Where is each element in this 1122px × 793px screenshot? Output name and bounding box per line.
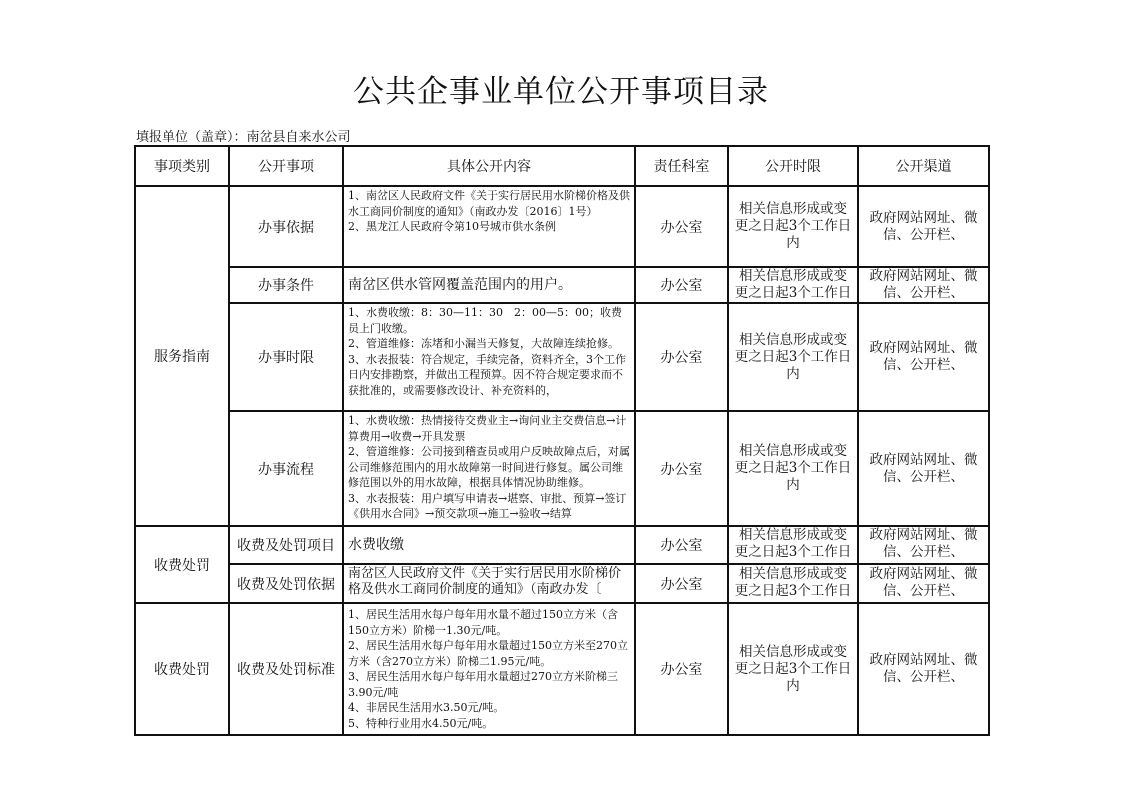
header-category: 事项类别	[135, 146, 229, 186]
channel-cell: 政府网站网址、微信、公开栏、	[858, 267, 989, 303]
header-content: 具体公开内容	[343, 146, 635, 186]
table-row: 办事条件 南岔区供水管网覆盖范围内的用户。 办公室 相关信息形成或变更之日起3个…	[135, 267, 989, 303]
item-cell: 办事时限	[229, 303, 343, 411]
content-cell: 南岔区人民政府文件《关于实行居民用水阶梯价格及供水工商同价制度的通知》（南政办发…	[343, 564, 635, 603]
item-cell: 办事依据	[229, 186, 343, 267]
content-line: 1、水费收缴：8：30—11：30 2：00—5：00；收费员上门收缴。	[348, 305, 630, 336]
content-line: 1、南岔区人民政府文件《关于实行居民用水阶梯价格及供水工商同价制度的通知》（南政…	[348, 188, 630, 219]
channel-text: 政府网站网址、微信、公开栏、	[863, 566, 984, 601]
item-cell: 收费及处罚依据	[229, 564, 343, 603]
item-cell: 办事流程	[229, 411, 343, 526]
time-limit-cell: 相关信息形成或变更之日起3个工作日	[728, 564, 858, 603]
department-cell: 办公室	[635, 411, 728, 526]
time-limit-cell: 相关信息形成或变更之日起3个工作日	[728, 526, 858, 564]
department-cell: 办公室	[635, 564, 728, 603]
channel-cell: 政府网站网址、微信、公开栏、	[858, 564, 989, 603]
content-line: 2、管道维修：公司接到稽查员或用户反映故障点后，对属公司维修范围内的用水故障第一…	[348, 444, 630, 491]
channel-cell: 政府网站网址、微信、公开栏、	[858, 603, 989, 735]
channel-cell: 政府网站网址、微信、公开栏、	[858, 303, 989, 411]
table-row: 收费及处罚依据 南岔区人民政府文件《关于实行居民用水阶梯价格及供水工商同价制度的…	[135, 564, 989, 603]
time-limit-cell: 相关信息形成或变更之日起3个工作日内	[728, 603, 858, 735]
content-cell: 1、南岔区人民政府文件《关于实行居民用水阶梯价格及供水工商同价制度的通知》（南政…	[343, 186, 635, 267]
channel-text: 政府网站网址、微信、公开栏、	[863, 527, 984, 563]
time-limit-text: 相关信息形成或变更之日起3个工作日	[733, 527, 853, 563]
header-channel: 公开渠道	[858, 146, 989, 186]
content-line: 2、居民生活用水每户每年用水量超过150立方米至270立方米（含270立方米）阶…	[348, 638, 630, 669]
time-limit-cell: 相关信息形成或变更之日起3个工作日内	[728, 303, 858, 411]
table-row: 收费处罚 收费及处罚标准 1、居民生活用水每户每年用水量不超过150立方米（含1…	[135, 603, 989, 735]
content-line: 2、管道维修：冻堵和小漏当天修复，大故障连续抢修。	[348, 336, 630, 352]
channel-text: 政府网站网址、微信、公开栏、	[863, 268, 984, 302]
content-cell: 1、水费收缴：8：30—11：30 2：00—5：00；收费员上门收缴。 2、管…	[343, 303, 635, 411]
content-line: 2、黑龙江人民政府令第10号城市供水条例	[348, 219, 630, 235]
channel-cell: 政府网站网址、微信、公开栏、	[858, 186, 989, 267]
department-cell: 办公室	[635, 267, 728, 303]
content-cell: 水费收缴	[343, 526, 635, 564]
header-item: 公开事项	[229, 146, 343, 186]
content-line: 水费收缴	[348, 536, 630, 554]
content-line: 南岔区人民政府文件《关于实行居民用水阶梯价格及供水工商同价制度的通知》（南政办发…	[348, 566, 630, 598]
department-cell: 办公室	[635, 526, 728, 564]
table-row: 办事流程 1、水费收缴：热情接待交费业主→询问业主交费信息→计算费用→收费→开具…	[135, 411, 989, 526]
content-cell: 1、水费收缴：热情接待交费业主→询问业主交费信息→计算费用→收费→开具发票 2、…	[343, 411, 635, 526]
time-limit-cell: 相关信息形成或变更之日起3个工作日内	[728, 411, 858, 526]
content-line: 3、水表报装：用户填写申请表→堪察、审批、预算→签订《供用水合同》→预交款项→施…	[348, 491, 630, 522]
reporting-unit: 填报单位（盖章）：南岔县自来水公司	[136, 126, 351, 145]
department-cell: 办公室	[635, 186, 728, 267]
time-limit-text: 相关信息形成或变更之日起3个工作日	[733, 566, 853, 601]
department-cell: 办公室	[635, 303, 728, 411]
content-line: 4、非居民生活用水3.50元/吨。	[348, 700, 630, 716]
category-cell: 服务指南	[135, 186, 229, 526]
table-row: 服务指南 办事依据 1、南岔区人民政府文件《关于实行居民用水阶梯价格及供水工商同…	[135, 186, 989, 267]
department-cell: 办公室	[635, 603, 728, 735]
content-line: 1、水费收缴：热情接待交费业主→询问业主交费信息→计算费用→收费→开具发票	[348, 413, 630, 444]
time-limit-text: 相关信息形成或变更之日起3个工作日	[733, 268, 853, 302]
item-cell: 办事条件	[229, 267, 343, 303]
content-line: 3、水表报装：符合规定，手续完备，资料齐全，3个工作日内安排勘察，并做出工程预算…	[348, 352, 630, 399]
item-cell: 收费及处罚项目	[229, 526, 343, 564]
time-limit-cell: 相关信息形成或变更之日起3个工作日内	[728, 186, 858, 267]
table-row: 收费处罚 收费及处罚项目 水费收缴 办公室 相关信息形成或变更之日起3个工作日 …	[135, 526, 989, 564]
channel-cell: 政府网站网址、微信、公开栏、	[858, 526, 989, 564]
table-row: 办事时限 1、水费收缴：8：30—11：30 2：00—5：00；收费员上门收缴…	[135, 303, 989, 411]
page-title: 公共企事业单位公开事项目录	[0, 66, 1122, 111]
content-line: 南岔区供水管网覆盖范围内的用户。	[348, 276, 630, 294]
content-line: 1、居民生活用水每户每年用水量不超过150立方米（含150立方米）阶梯一1.30…	[348, 607, 630, 638]
item-cell: 收费及处罚标准	[229, 603, 343, 735]
content-line: 5、特种行业用水4.50元/吨。	[348, 716, 630, 732]
content-line: 3、居民生活用水每户每年用水量超过270立方米阶梯三3.90元/吨	[348, 669, 630, 700]
content-cell: 1、居民生活用水每户每年用水量不超过150立方米（含150立方米）阶梯一1.30…	[343, 603, 635, 735]
category-cell: 收费处罚	[135, 526, 229, 603]
channel-cell: 政府网站网址、微信、公开栏、	[858, 411, 989, 526]
header-department: 责任科室	[635, 146, 728, 186]
table-header-row: 事项类别 公开事项 具体公开内容 责任科室 公开时限 公开渠道	[135, 146, 989, 186]
content-cell: 南岔区供水管网覆盖范围内的用户。	[343, 267, 635, 303]
time-limit-cell: 相关信息形成或变更之日起3个工作日	[728, 267, 858, 303]
header-time-limit: 公开时限	[728, 146, 858, 186]
category-cell: 收费处罚	[135, 603, 229, 735]
disclosure-catalog-table: 事项类别 公开事项 具体公开内容 责任科室 公开时限 公开渠道 服务指南 办事依…	[134, 145, 990, 736]
